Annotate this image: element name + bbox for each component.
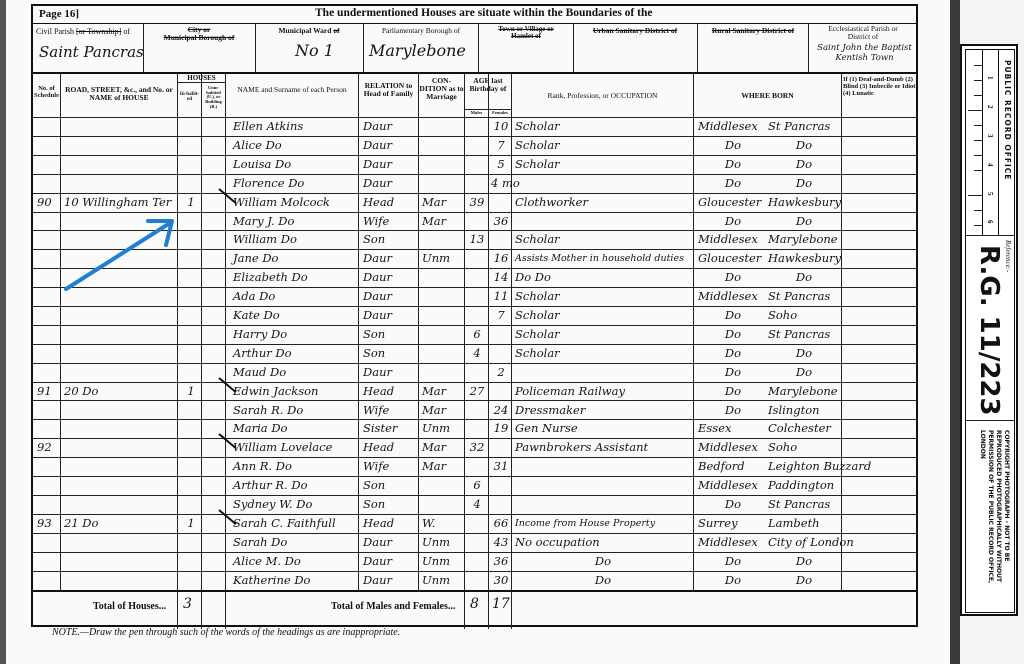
cell-condition: Mar bbox=[422, 401, 464, 420]
cell-born-place: Do bbox=[768, 212, 840, 231]
cell-road: 20 Do bbox=[64, 382, 176, 401]
cell-relation: Daur bbox=[363, 268, 417, 287]
public-record-office-label: PUBLIC RECORD OFFICE bbox=[1003, 60, 1012, 180]
cell-born-county: Do bbox=[698, 268, 768, 287]
urban-sanitary-label: Urban Sanitary District of bbox=[575, 27, 695, 35]
cell-inhabited bbox=[183, 287, 199, 306]
ecclesiastical-parish-value: Saint John the Baptist Kentish Town bbox=[812, 43, 917, 63]
cell-female: 31 bbox=[491, 457, 511, 476]
cell-female: 4 mo bbox=[491, 174, 511, 193]
cell-road bbox=[64, 419, 176, 438]
cell-male bbox=[467, 136, 487, 155]
footer-note: NOTE.—Draw the pen through such of the w… bbox=[52, 627, 400, 638]
cell-occupation bbox=[515, 495, 691, 514]
cell-road bbox=[64, 155, 176, 174]
cell-inhabited bbox=[183, 571, 199, 590]
cell-schedule bbox=[37, 287, 59, 306]
cell-born-place: Do bbox=[768, 136, 840, 155]
cell-born-county: Do bbox=[698, 325, 768, 344]
cell-schedule bbox=[37, 401, 59, 420]
cell-condition bbox=[422, 155, 464, 174]
cell-female bbox=[491, 382, 511, 401]
col-schedule: No. of Schedule bbox=[33, 86, 60, 100]
cell-relation: Head bbox=[363, 438, 417, 457]
cell-name: Maud Do bbox=[233, 363, 357, 382]
cell-inhabited bbox=[183, 476, 199, 495]
total-houses-value: 3 bbox=[183, 596, 192, 612]
cell-road bbox=[64, 363, 176, 382]
col-inhabited: In-habit-ed bbox=[178, 92, 201, 103]
cell-schedule bbox=[37, 552, 59, 571]
cell-relation: Head bbox=[363, 514, 417, 533]
cell-road bbox=[64, 174, 176, 193]
cell-female: 43 bbox=[491, 533, 511, 552]
cell-male bbox=[467, 249, 487, 268]
cell-relation: Sister bbox=[363, 419, 417, 438]
cell-condition: Mar bbox=[422, 438, 464, 457]
cell-condition bbox=[422, 476, 464, 495]
cell-male: 27 bbox=[467, 382, 487, 401]
rural-sanitary-label: Rural Sanitary District of bbox=[699, 27, 807, 35]
cell-female: 11 bbox=[491, 287, 511, 306]
col-age: AGE last Birthday of bbox=[465, 77, 511, 93]
cell-schedule bbox=[37, 457, 59, 476]
cell-female bbox=[491, 438, 511, 457]
cell-born-place: Soho bbox=[768, 438, 840, 457]
cell-condition bbox=[422, 344, 464, 363]
cell-occupation: Scholar bbox=[515, 287, 691, 306]
cell-name: Florence Do bbox=[233, 174, 357, 193]
cell-schedule bbox=[37, 306, 59, 325]
cell-condition bbox=[422, 306, 464, 325]
cell-condition bbox=[422, 174, 464, 193]
cell-name: Sarah C. Faithfull bbox=[233, 514, 357, 533]
cell-name: Katherine Do bbox=[233, 571, 357, 590]
cell-born-place: St Pancras bbox=[768, 325, 840, 344]
cell-born-county: Do bbox=[698, 306, 768, 325]
cell-inhabited bbox=[183, 438, 199, 457]
cell-male bbox=[467, 287, 487, 306]
cell-condition: Mar bbox=[422, 212, 464, 231]
cell-schedule bbox=[37, 419, 59, 438]
cell-occupation bbox=[515, 476, 691, 495]
cell-occupation bbox=[515, 363, 691, 382]
total-houses-label: Total of Houses... bbox=[93, 601, 166, 612]
cell-born-county: Do bbox=[698, 363, 768, 382]
cell-inhabited bbox=[183, 268, 199, 287]
cell-name: Alice Do bbox=[233, 136, 357, 155]
cell-schedule bbox=[37, 363, 59, 382]
col-name: NAME and Surname of each Person bbox=[233, 86, 351, 94]
municipal-ward-value: No 1 bbox=[295, 41, 334, 60]
cell-male bbox=[467, 533, 487, 552]
cell-name: Mary J. Do bbox=[233, 212, 357, 231]
cell-female bbox=[491, 193, 511, 212]
cell-inhabited bbox=[183, 533, 199, 552]
cell-relation: Head bbox=[363, 382, 417, 401]
cell-male: 4 bbox=[467, 495, 487, 514]
col-males: Males bbox=[465, 111, 488, 116]
cell-road bbox=[64, 495, 176, 514]
cell-born-county: Do bbox=[698, 136, 768, 155]
cell-male bbox=[467, 212, 487, 231]
cell-born-county: Middlesex bbox=[698, 438, 768, 457]
cell-name: William Lovelace bbox=[233, 438, 357, 457]
cell-inhabited bbox=[183, 495, 199, 514]
parliamentary-borough-value: Marylebone bbox=[369, 41, 466, 60]
civil-parish-value: Saint Pancras bbox=[39, 43, 144, 61]
cell-male bbox=[467, 268, 487, 287]
scan-edge-right bbox=[950, 0, 960, 664]
title-bar: Page 16] The undermentioned Houses are s… bbox=[31, 4, 918, 24]
cell-relation: Wife bbox=[363, 401, 417, 420]
cell-born-place: Do bbox=[768, 268, 840, 287]
cell-born-place: Hawkesbury bbox=[768, 193, 840, 212]
cell-road bbox=[64, 344, 176, 363]
cell-born-county: Middlesex bbox=[698, 117, 768, 136]
cell-road: 10 Willingham Ter bbox=[64, 193, 176, 212]
cell-born-county: Do bbox=[698, 401, 768, 420]
municipal-ward-label: Municipal Ward of bbox=[257, 27, 361, 35]
cell-road bbox=[64, 325, 176, 344]
cell-inhabited bbox=[183, 552, 199, 571]
cell-condition bbox=[422, 268, 464, 287]
cell-male: 4 bbox=[467, 344, 487, 363]
cell-schedule bbox=[37, 155, 59, 174]
cell-occupation: Clothworker bbox=[515, 193, 691, 212]
cell-name: Arthur Do bbox=[233, 344, 357, 363]
cell-relation: Daur bbox=[363, 552, 417, 571]
total-males: 8 bbox=[470, 596, 479, 612]
cell-male bbox=[467, 457, 487, 476]
cell-relation: Daur bbox=[363, 117, 417, 136]
cell-condition: Unm bbox=[422, 419, 464, 438]
cell-born-place: Lambeth bbox=[768, 514, 840, 533]
cell-inhabited bbox=[183, 174, 199, 193]
cell-born-county: Do bbox=[698, 344, 768, 363]
ecclesiastical-parish-label: Ecclesiastical Parish orDistrict of bbox=[810, 25, 916, 41]
cell-female: 66 bbox=[491, 514, 511, 533]
cell-female: 7 bbox=[491, 136, 511, 155]
cell-condition: Unm bbox=[422, 249, 464, 268]
cell-born-place: Do bbox=[768, 571, 840, 590]
cell-female: 19 bbox=[491, 419, 511, 438]
cell-female: 24 bbox=[491, 401, 511, 420]
cell-relation: Son bbox=[363, 495, 417, 514]
cell-female: 5 bbox=[491, 155, 511, 174]
cell-relation: Head bbox=[363, 193, 417, 212]
cell-male bbox=[467, 419, 487, 438]
cell-schedule bbox=[37, 230, 59, 249]
cell-born-county: Middlesex bbox=[698, 533, 768, 552]
cell-condition: Mar bbox=[422, 457, 464, 476]
cell-born-county: Surrey bbox=[698, 514, 768, 533]
cell-born-county: Do bbox=[698, 174, 768, 193]
cell-road bbox=[64, 571, 176, 590]
cell-name: Ann R. Do bbox=[233, 457, 357, 476]
annotation-arrow-icon bbox=[62, 215, 182, 295]
cell-relation: Wife bbox=[363, 457, 417, 476]
cell-inhabited bbox=[183, 457, 199, 476]
ruler bbox=[966, 50, 983, 235]
cell-inhabited bbox=[183, 155, 199, 174]
col-infirmity: If (1) Deaf-and-Dumb (2) Blind (3) Imbec… bbox=[843, 76, 918, 97]
cell-inhabited bbox=[183, 136, 199, 155]
cell-occupation: Scholar bbox=[515, 230, 691, 249]
cell-born-county: Do bbox=[698, 495, 768, 514]
cell-condition bbox=[422, 495, 464, 514]
cell-occupation: Do bbox=[515, 552, 691, 571]
reference-label-card: 1 2 3 4 5 6 PUBLIC RECORD OFFICE Referen… bbox=[960, 44, 1018, 616]
cell-female: 14 bbox=[491, 268, 511, 287]
cell-schedule bbox=[37, 268, 59, 287]
cell-schedule: 90 bbox=[37, 193, 59, 212]
cell-occupation bbox=[515, 457, 691, 476]
total-persons-label: Total of Males and Females... bbox=[331, 601, 455, 612]
cell-female: 7 bbox=[491, 306, 511, 325]
cell-name: Maria Do bbox=[233, 419, 357, 438]
cell-born-place: City of London bbox=[768, 533, 840, 552]
cell-occupation bbox=[515, 212, 691, 231]
reference-number: R.G. 11/223 bbox=[974, 245, 1004, 416]
cell-name: Ada Do bbox=[233, 287, 357, 306]
ruler-numbers: 1 2 3 4 5 6 bbox=[982, 50, 999, 235]
cell-born-county: Essex bbox=[698, 419, 768, 438]
cell-relation: Son bbox=[363, 344, 417, 363]
cell-inhabited bbox=[183, 306, 199, 325]
col-houses: HOUSES bbox=[178, 75, 225, 83]
cell-born-county: Middlesex bbox=[698, 230, 768, 249]
page-title: The undermentioned Houses are situate wi… bbox=[315, 7, 652, 19]
cell-condition bbox=[422, 230, 464, 249]
cell-relation: Daur bbox=[363, 533, 417, 552]
cell-occupation: Do bbox=[515, 571, 691, 590]
cell-schedule: 91 bbox=[37, 382, 59, 401]
cell-schedule bbox=[37, 212, 59, 231]
cell-female bbox=[491, 325, 511, 344]
cell-occupation: Do Do bbox=[515, 268, 691, 287]
cell-inhabited bbox=[183, 401, 199, 420]
cell-schedule bbox=[37, 117, 59, 136]
cell-female: 36 bbox=[491, 552, 511, 571]
col-where-born: WHERE BORN bbox=[694, 92, 841, 100]
civil-parish-label: Civil Parish [or Township] of bbox=[36, 27, 130, 36]
cell-relation: Daur bbox=[363, 155, 417, 174]
town-village-label: Town or Village orHamlet of bbox=[480, 26, 572, 41]
cell-born-place: Colchester bbox=[768, 419, 840, 438]
cell-occupation: Scholar bbox=[515, 155, 691, 174]
cell-occupation: Dressmaker bbox=[515, 401, 691, 420]
cell-born-place: Do bbox=[768, 155, 840, 174]
cell-male bbox=[467, 571, 487, 590]
cell-schedule bbox=[37, 325, 59, 344]
cell-inhabited bbox=[183, 419, 199, 438]
cell-female bbox=[491, 476, 511, 495]
cell-road bbox=[64, 117, 176, 136]
page-number: Page 16] bbox=[39, 8, 79, 20]
cell-occupation: Gen Nurse bbox=[515, 419, 691, 438]
cell-born-place: Soho bbox=[768, 306, 840, 325]
cell-occupation: Scholar bbox=[515, 344, 691, 363]
col-females: Females bbox=[489, 111, 511, 116]
cell-relation: Wife bbox=[363, 212, 417, 231]
cell-road bbox=[64, 476, 176, 495]
cell-name: Jane Do bbox=[233, 249, 357, 268]
cell-born-place: Islington bbox=[768, 401, 840, 420]
cell-born-county: Do bbox=[698, 155, 768, 174]
cell-inhabited: 1 bbox=[183, 382, 199, 401]
cell-inhabited bbox=[183, 230, 199, 249]
total-females: 17 bbox=[492, 596, 510, 612]
cell-female bbox=[491, 495, 511, 514]
cell-born-place: Hawkesbury bbox=[768, 249, 840, 268]
cell-inhabited bbox=[183, 325, 199, 344]
cell-male: 6 bbox=[467, 325, 487, 344]
cell-name: Edwin Jackson bbox=[233, 382, 357, 401]
cell-schedule: 92 bbox=[37, 438, 59, 457]
cell-name: William Molcock bbox=[233, 193, 357, 212]
cell-born-place: St Pancras bbox=[768, 495, 840, 514]
cell-name: Ellen Atkins bbox=[233, 117, 357, 136]
cell-road: 21 Do bbox=[64, 514, 176, 533]
cell-road bbox=[64, 306, 176, 325]
census-table: No. of Schedule ROAD, STREET, &c., and N… bbox=[31, 72, 918, 627]
cell-born-place: Do bbox=[768, 363, 840, 382]
cell-born-county: Do bbox=[698, 212, 768, 231]
cell-schedule bbox=[37, 495, 59, 514]
cell-born-place: Marylebone bbox=[768, 382, 840, 401]
cell-relation: Daur bbox=[363, 136, 417, 155]
cell-inhabited: 1 bbox=[183, 193, 199, 212]
cell-relation: Daur bbox=[363, 363, 417, 382]
cell-male bbox=[467, 552, 487, 571]
cell-male: 13 bbox=[467, 230, 487, 249]
col-occupation: Rank, Profession, or OCCUPATION bbox=[512, 92, 693, 100]
cell-road bbox=[64, 552, 176, 571]
cell-male bbox=[467, 514, 487, 533]
cell-male bbox=[467, 363, 487, 382]
cell-occupation: Income from House Property bbox=[515, 514, 691, 533]
cell-female: 36 bbox=[491, 212, 511, 231]
cell-born-county: Do bbox=[698, 571, 768, 590]
cell-schedule bbox=[37, 174, 59, 193]
cell-condition bbox=[422, 136, 464, 155]
cell-male bbox=[467, 174, 487, 193]
parliamentary-borough-label: Parliamentary Borough of bbox=[365, 27, 477, 35]
cell-condition: Unm bbox=[422, 571, 464, 590]
cell-born-place: Leighton Buzzard bbox=[768, 457, 840, 476]
scan-edge bbox=[0, 0, 6, 664]
cell-relation: Daur bbox=[363, 249, 417, 268]
cell-schedule bbox=[37, 533, 59, 552]
cell-born-county: Middlesex bbox=[698, 476, 768, 495]
cell-condition bbox=[422, 325, 464, 344]
cell-schedule bbox=[37, 571, 59, 590]
cell-born-county: Do bbox=[698, 552, 768, 571]
cell-inhabited bbox=[183, 344, 199, 363]
cell-condition bbox=[422, 287, 464, 306]
cell-occupation: Scholar bbox=[515, 325, 691, 344]
cell-born-county: Bedford bbox=[698, 457, 768, 476]
cell-born-county: Do bbox=[698, 382, 768, 401]
cell-road bbox=[64, 136, 176, 155]
cell-male: 6 bbox=[467, 476, 487, 495]
cell-condition: Unm bbox=[422, 552, 464, 571]
cell-born-county: Gloucester bbox=[698, 249, 768, 268]
cell-male: 39 bbox=[467, 193, 487, 212]
cell-born-place: Do bbox=[768, 552, 840, 571]
cell-male bbox=[467, 155, 487, 174]
col-uninhabited: Unin-habited (U.), or Building (B.) bbox=[202, 86, 225, 110]
cell-male: 32 bbox=[467, 438, 487, 457]
cell-relation: Son bbox=[363, 230, 417, 249]
district-row: Civil Parish [or Township] of Saint Panc… bbox=[31, 23, 918, 73]
col-road: ROAD, STREET, &c., and No. or NAME of HO… bbox=[61, 86, 177, 102]
cell-female: 2 bbox=[491, 363, 511, 382]
cell-name: Sarah R. Do bbox=[233, 401, 357, 420]
cell-relation: Daur bbox=[363, 174, 417, 193]
cell-male bbox=[467, 306, 487, 325]
cell-occupation: Assists Mother in household duties bbox=[515, 249, 691, 268]
cell-road bbox=[64, 401, 176, 420]
cell-relation: Daur bbox=[363, 306, 417, 325]
cell-male bbox=[467, 117, 487, 136]
cell-condition: W. bbox=[422, 514, 464, 533]
cell-condition bbox=[422, 363, 464, 382]
cell-occupation: Scholar bbox=[515, 136, 691, 155]
cell-female: 30 bbox=[491, 571, 511, 590]
cell-name: Sydney W. Do bbox=[233, 495, 357, 514]
cell-occupation: Pawnbrokers Assistant bbox=[515, 438, 691, 457]
cell-male bbox=[467, 401, 487, 420]
cell-name: Alice M. Do bbox=[233, 552, 357, 571]
cell-female: 10 bbox=[491, 117, 511, 136]
cell-born-county: Middlesex bbox=[698, 287, 768, 306]
cell-inhabited bbox=[183, 117, 199, 136]
cell-condition: Mar bbox=[422, 193, 464, 212]
cell-inhabited: 1 bbox=[183, 514, 199, 533]
cell-name: Louisa Do bbox=[233, 155, 357, 174]
cell-road bbox=[64, 457, 176, 476]
cell-relation: Son bbox=[363, 476, 417, 495]
cell-name: Sarah Do bbox=[233, 533, 357, 552]
cell-schedule: 93 bbox=[37, 514, 59, 533]
cell-schedule bbox=[37, 136, 59, 155]
cell-born-place: Marylebone bbox=[768, 230, 840, 249]
cell-inhabited bbox=[183, 212, 199, 231]
reference-caption: Reference:- bbox=[1004, 240, 1012, 272]
cell-occupation: Scholar bbox=[515, 117, 691, 136]
cell-born-place: St Pancras bbox=[768, 287, 840, 306]
col-relation: RELATION to Head of Family bbox=[359, 82, 418, 98]
cell-name: Harry Do bbox=[233, 325, 357, 344]
copyright-notice: COPYRIGHT PHOTOGRAPH - NOT TO BE REPRODU… bbox=[978, 430, 1010, 600]
cell-schedule bbox=[37, 344, 59, 363]
cell-occupation bbox=[515, 174, 691, 193]
cell-name: Arthur R. Do bbox=[233, 476, 357, 495]
cell-condition: Mar bbox=[422, 382, 464, 401]
cell-schedule bbox=[37, 476, 59, 495]
cell-road bbox=[64, 438, 176, 457]
cell-inhabited bbox=[183, 249, 199, 268]
cell-born-place: Paddington bbox=[768, 476, 840, 495]
cell-relation: Son bbox=[363, 325, 417, 344]
cell-occupation: Scholar bbox=[515, 306, 691, 325]
cell-relation: Daur bbox=[363, 571, 417, 590]
cell-condition bbox=[422, 117, 464, 136]
cell-name: Elizabeth Do bbox=[233, 268, 357, 287]
cell-born-place: Do bbox=[768, 344, 840, 363]
